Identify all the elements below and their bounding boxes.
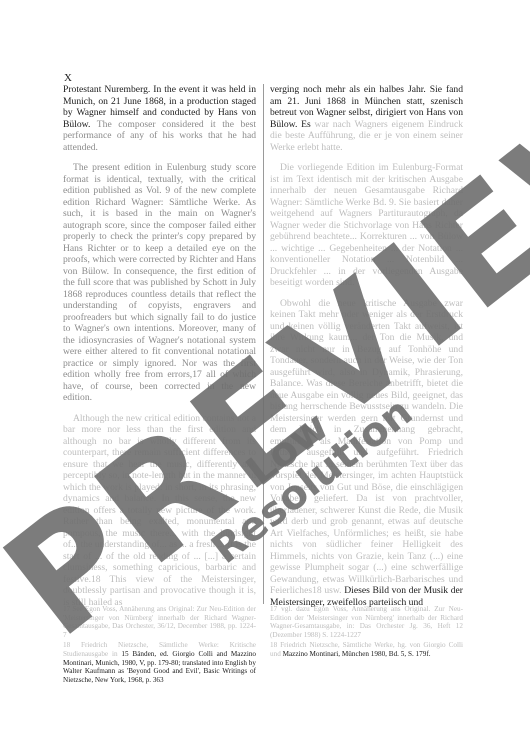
paragraph-edition: The present edition in Eulenburg study s…	[63, 162, 256, 404]
page-number: X	[64, 72, 72, 84]
paragraph-nietzsche: Obwohl die neue kritische Ausgabe zwar k…	[270, 298, 463, 609]
text-faded: The composer considered it the best perf…	[63, 119, 256, 153]
paragraph-auffuehrung: verging noch mehr als ein halbes Jahr. S…	[270, 84, 463, 153]
footnote-17: 17 vgl. dazu Egon Voss, Annäherung ans O…	[270, 605, 463, 639]
paragraph-edition-de: Die vorliegende Edition im Eulenburg-For…	[270, 162, 463, 289]
german-column: verging noch mehr als ein halbes Jahr. S…	[270, 84, 463, 617]
footnotes-german: 17 vgl. dazu Egon Voss, Annäherung ans O…	[270, 605, 463, 661]
paragraph-performance: Protestant Nuremberg. In the event it wa…	[63, 84, 256, 153]
footnote-17: 17 See Egon Voss, Annäherung ans Origina…	[63, 605, 256, 639]
footnotes-english: 17 See Egon Voss, Annäherung ans Origina…	[63, 605, 256, 686]
paragraph-differences: Although the new critical edition contai…	[63, 413, 256, 609]
footnote-18: 18 Friedrich Nietzsche, Sämtliche Werke,…	[270, 641, 463, 658]
text-clear: Mazzino Montinari, München 1980, Bd. 5, …	[283, 650, 431, 658]
score-preface-page: X Protestant Nuremberg. In the event it …	[0, 0, 530, 750]
footnote-18: 18 Friedrich Nietzsche, Sämtliche Werke:…	[63, 641, 256, 684]
english-column: Protestant Nuremberg. In the event it wa…	[63, 84, 256, 617]
column-divider	[263, 84, 264, 604]
text-faded: Obwohl die neue kritische Ausgabe zwar k…	[270, 298, 463, 597]
